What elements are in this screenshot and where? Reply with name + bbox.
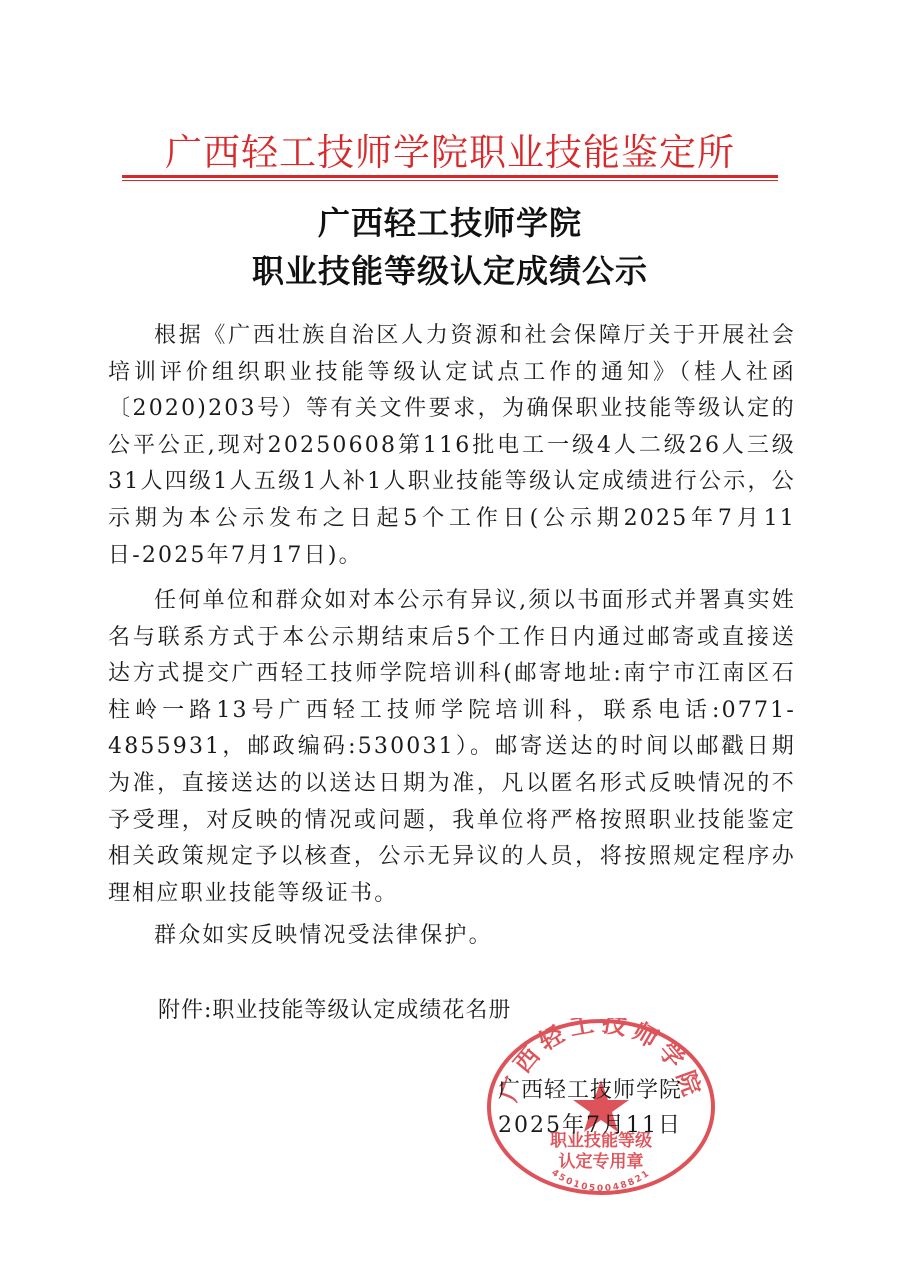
signature-organization: 广西轻工技师学院: [498, 1073, 682, 1104]
document-title-line2: 职业技能等级认定成绩公示: [0, 246, 900, 292]
attachment-note: 附件:职业技能等级认定成绩花名册: [158, 993, 511, 1024]
header-divider-thick: [122, 175, 778, 178]
org-header-title: 广西轻工技师学院职业技能鉴定所: [0, 128, 900, 178]
header-divider-thin: [122, 180, 778, 181]
body-paragraph-protection: 群众如实反映情况受法律保护。: [154, 918, 794, 955]
body-paragraph-objection: 任何单位和群众如对本公示有异议,须以书面形式并署真实姓名与联系方式于本公示期结束…: [108, 583, 796, 912]
signature-date: 2025年7月11日: [498, 1108, 682, 1139]
stamp-line2: 认定专用章: [559, 1151, 644, 1172]
document-title-line1: 广西轻工技师学院: [0, 198, 900, 244]
official-seal-icon: 广西轻工技师学院 职业技能等级 认定专用章 4501050048821: [485, 1018, 717, 1196]
body-paragraph-basis: 根据《广西壮族自治区人力资源和社会保障厅关于开展社会培训评价组织职业技能等级认定…: [108, 318, 796, 574]
